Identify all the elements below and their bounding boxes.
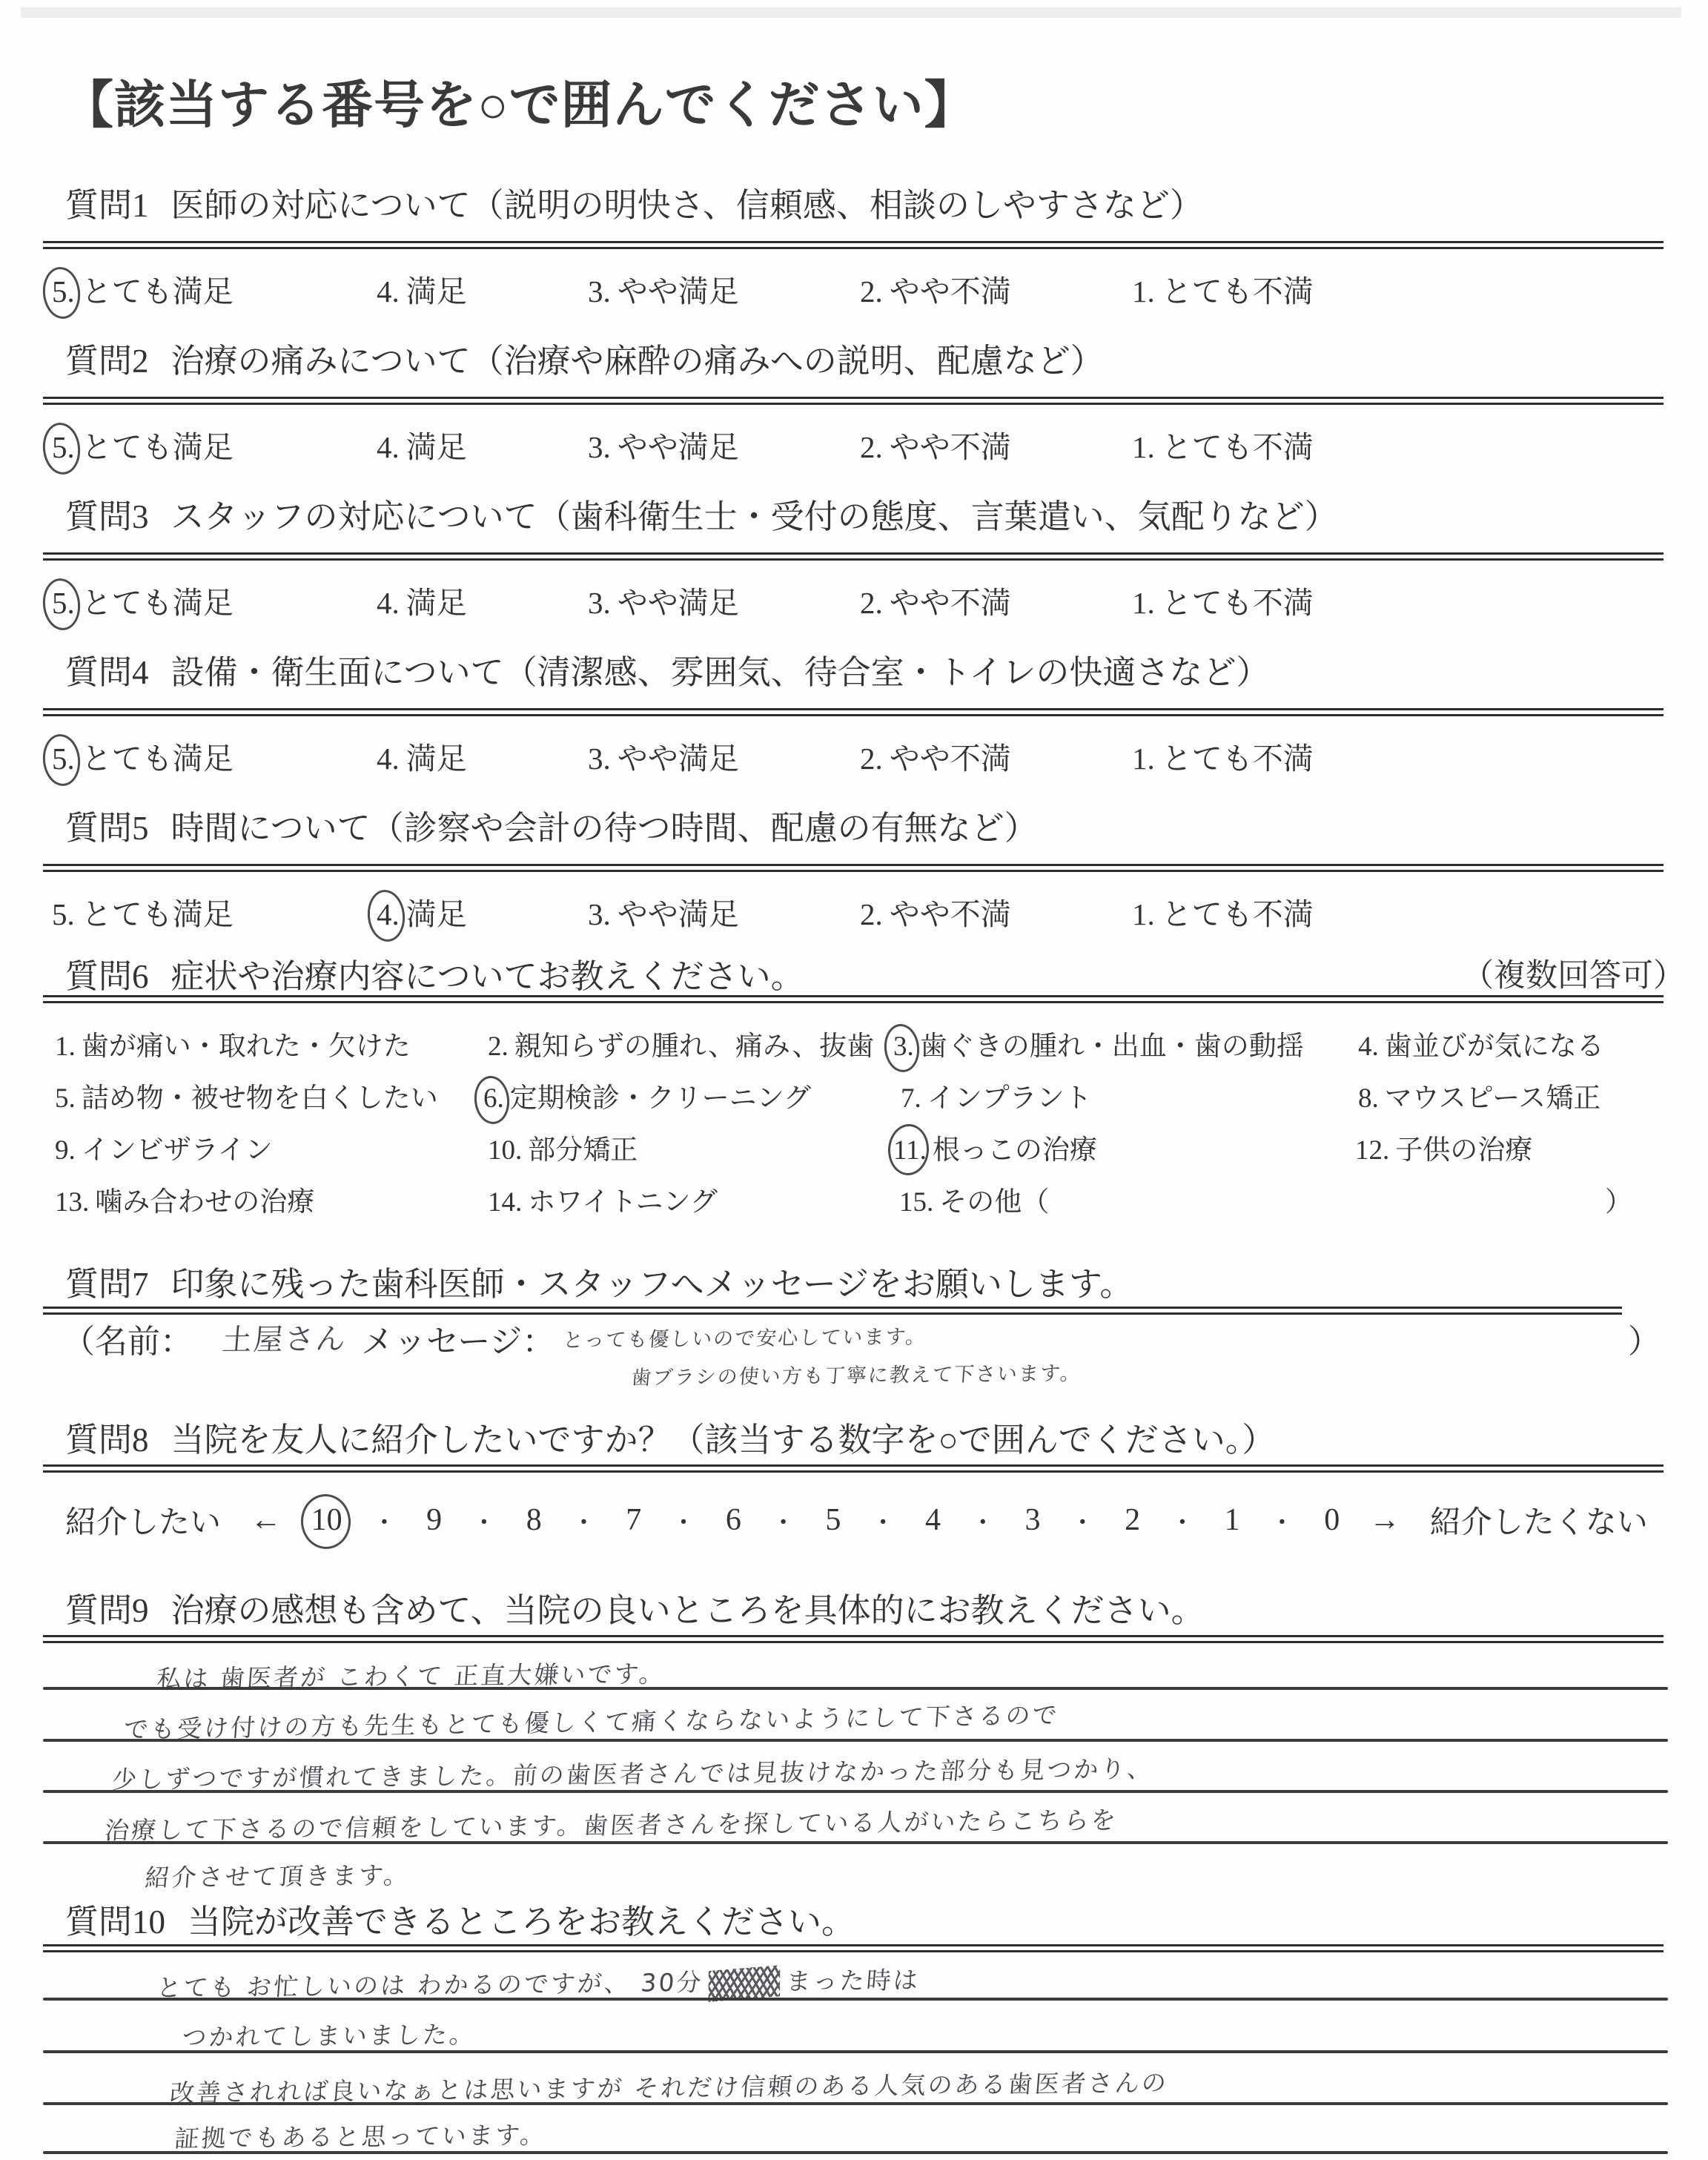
option-5: 5.とても満足 (52, 890, 234, 934)
option-1: 1.とても不満 (1132, 267, 1314, 311)
option-number: 1. (1132, 274, 1155, 309)
dot-separator: ・ (970, 1502, 996, 1539)
option-text: 満足 (406, 274, 467, 308)
close-paren: ） (1628, 1315, 1661, 1362)
right-arrow-icon: → (1369, 1502, 1400, 1538)
option-number: 1. (1132, 429, 1155, 465)
option-2: 2.やや不満 (860, 734, 1011, 778)
handwritten-answer-line: でも受け付けの方も先生もとても優しくて痛くならないようにして下さるので (123, 1696, 1061, 1745)
option-number: 3. (588, 429, 611, 465)
question-5-title: 質問5時間について（診察や会計の待つ時間、配慮の有無など） (65, 801, 1038, 849)
question-1-title: 質問1医師の対応について（説明の明快さ、信頼感、相談のしやすさなど） (65, 178, 1203, 226)
section-divider (43, 1635, 1664, 1643)
section-divider (43, 241, 1664, 249)
question-4-options: 5.とても満足 4.満足 3.やや満足 2.やや不満 1.とても不満 (0, 734, 1708, 779)
option-number: 1. (55, 1031, 76, 1063)
section-divider (43, 864, 1664, 872)
question-2-title: 質問2治療の痛みについて（治療や麻酔の痛みへの説明、配慮など） (65, 334, 1104, 382)
scan-artifact-strip (21, 7, 1681, 18)
writing-line (43, 2050, 1668, 2053)
scale-number-8: 8 (526, 1502, 542, 1538)
name-field-label: （名前： (62, 1315, 193, 1362)
option-4: 4.満足 (377, 578, 467, 622)
option-text: やや不満 (890, 274, 1011, 308)
q6-option-11: 11.根っこの治療 (893, 1127, 1097, 1167)
scale-number-3: 3 (1025, 1502, 1041, 1538)
q6-option-12: 12.子供の治療 (1355, 1127, 1532, 1167)
option-number: 4. (377, 741, 400, 776)
circled-answer-mark: 5. (52, 429, 75, 465)
option-text: やや満足 (618, 586, 739, 620)
writing-line (43, 2151, 1668, 2154)
dot-separator: ・ (1170, 1502, 1195, 1539)
question-label: 質問6 (65, 958, 149, 995)
question-label: 質問4 (65, 654, 149, 691)
option-2: 2.やや不満 (860, 890, 1011, 934)
dot-separator: ・ (1269, 1502, 1294, 1539)
answer-text: まった時は (785, 1966, 921, 1996)
writing-line (43, 2102, 1668, 2105)
scale-right-label: 紹介したくない (1430, 1498, 1648, 1542)
dot-separator: ・ (1070, 1502, 1095, 1539)
dot-separator: ・ (771, 1502, 796, 1539)
question-label: 質問1 (65, 187, 149, 224)
option-1: 1.とても不満 (1132, 423, 1314, 466)
option-text: 満足 (406, 897, 467, 931)
option-number: 2. (860, 585, 883, 621)
option-number: 1. (1132, 585, 1155, 621)
option-number: 4. (377, 429, 400, 465)
question-text: 印象に残った歯科医師・スタッフへメッセージをお願いします。 (171, 1266, 1133, 1303)
question-8-title: 質問8当院を友人に紹介したいですか？（該当する数字を○で囲んでください。） (65, 1413, 1275, 1461)
circled-answer-mark: 5. (52, 274, 75, 309)
option-4: 4.満足 (377, 267, 467, 311)
q6-option-9: 9.インビザライン (55, 1127, 273, 1167)
option-text: 部分矯正 (528, 1135, 638, 1166)
option-number: 3. (588, 274, 611, 309)
option-number: 10. (488, 1135, 522, 1166)
question-1-options: 5.とても満足 4.満足 3.やや満足 2.やや不満 1.とても不満 (0, 267, 1708, 311)
option-3: 3.やや満足 (588, 890, 739, 934)
option-5: 5.とても満足 (52, 267, 234, 311)
option-text: マウスピース矯正 (1385, 1083, 1601, 1114)
circled-answer-mark: 5. (52, 585, 75, 621)
circled-answer-mark: 10 (311, 1502, 342, 1538)
option-number: 13. (55, 1186, 89, 1218)
handwritten-answer-line: 証拠でもあると思っています。 (173, 2116, 548, 2154)
question-10-title: 質問10当院が改善できるところをお教えください。 (65, 1895, 855, 1943)
question-text: 当院を友人に紹介したいですか？（該当する数字を○で囲んでください。） (171, 1421, 1276, 1459)
option-5: 5.とても満足 (52, 734, 234, 778)
option-text: インプラント (927, 1083, 1092, 1114)
option-2: 2.やや不満 (860, 423, 1011, 466)
question-label: 質問5 (65, 810, 149, 847)
option-number: 5. (52, 896, 75, 932)
question-text: 時間について（診察や会計の待つ時間、配慮の有無など） (171, 810, 1038, 847)
question-label: 質問7 (65, 1266, 149, 1303)
handwritten-answer-line: つかれてしまいました。 (181, 2015, 477, 2053)
option-number: 14. (488, 1186, 522, 1218)
scale-number-4: 4 (925, 1502, 941, 1538)
q6-option-6: 6.定期検診・クリーニング (483, 1075, 811, 1115)
option-text: とても満足 (82, 274, 234, 308)
message-field-label: メッセージ： (361, 1315, 555, 1362)
option-number: 2. (860, 896, 883, 932)
question-5-options: 5.とても満足 4.満足 3.やや満足 2.やや不満 1.とても不満 (0, 890, 1708, 934)
nps-scale-row: 紹介したい ← 10 ・ 9 ・ 8 ・ 7 ・ 6 ・ 5 ・ 4 ・ 3 ・… (65, 1498, 1648, 1542)
option-2: 2.やや不満 (860, 578, 1011, 622)
option-number: 2. (860, 741, 883, 776)
q6-option-13: 13.噛み合わせの治療 (55, 1179, 314, 1219)
q6-options-row-4: 13.噛み合わせの治療 14.ホワイトニング 15.その他（ ） (0, 1179, 1708, 1221)
question-label: 質問9 (65, 1592, 149, 1629)
scale-number-6: 6 (726, 1502, 741, 1538)
dot-separator: ・ (870, 1502, 896, 1539)
q6-option-7: 7.インプラント (901, 1075, 1092, 1115)
question-text: 症状や治療内容についてお教えください。 (171, 958, 804, 995)
question-3-options: 5.とても満足 4.満足 3.やや満足 2.やや不満 1.とても不満 (0, 578, 1708, 623)
q6-option-4: 4.歯並びが気になる (1358, 1023, 1604, 1063)
question-text: 治療の痛みについて（治療や麻酔の痛みへの説明、配慮など） (171, 343, 1104, 380)
option-4: 4.満足 (377, 734, 467, 778)
option-4: 4.満足 (377, 423, 467, 466)
option-text: インビザライン (82, 1135, 273, 1166)
option-text: やや満足 (618, 897, 739, 931)
handwritten-message-line-2: 歯ブラシの使い方も丁寧に教えて下さいます。 (630, 1357, 1082, 1390)
writing-line (43, 1790, 1668, 1793)
left-arrow-icon: ← (251, 1502, 282, 1538)
option-text: 歯が痛い・取れた・欠けた (82, 1031, 411, 1062)
question-9-title: 質問9治療の感想も含めて、当院の良いところを具体的にお教えください。 (65, 1583, 1205, 1631)
q6-option-1: 1.歯が痛い・取れた・欠けた (55, 1023, 411, 1063)
option-text: とても満足 (82, 586, 234, 620)
option-text: 満足 (406, 430, 467, 464)
question-6-title: 質問6症状や治療内容についてお教えください。 (65, 949, 804, 997)
option-number: 3. (588, 896, 611, 932)
option-text: やや不満 (890, 897, 1011, 931)
option-text: とても不満 (1162, 274, 1314, 308)
scale-number-1: 1 (1225, 1502, 1240, 1538)
option-text: 歯並びが気になる (1385, 1031, 1604, 1062)
option-text: 噛み合わせの治療 (95, 1187, 314, 1218)
option-text: とても不満 (1162, 742, 1314, 776)
question-label: 質問3 (65, 498, 149, 535)
option-text: 満足 (406, 586, 467, 620)
question-text: 当院が改善できるところをお教えください。 (188, 1903, 855, 1941)
option-text: とても不満 (1162, 586, 1314, 620)
q6-option-8: 8.マウスピース矯正 (1358, 1075, 1601, 1115)
option-text: その他（ (939, 1187, 1049, 1218)
scale-number-7: 7 (626, 1502, 641, 1538)
question-3-title: 質問3スタッフの対応について（歯科衛生士・受付の態度、言葉遣い、気配りなど） (65, 489, 1338, 538)
scale-number-9: 9 (426, 1502, 442, 1538)
q6-option-10: 10.部分矯正 (488, 1127, 638, 1167)
q6-option-15: 15.その他（ (899, 1179, 1049, 1219)
question-2-options: 5.とても満足 4.満足 3.やや満足 2.やや不満 1.とても不満 (0, 423, 1708, 467)
option-text: 親知らずの腫れ、痛み、抜歯 (514, 1031, 874, 1062)
question-text: 治療の感想も含めて、当院の良いところを具体的にお教えください。 (171, 1592, 1205, 1629)
option-text: やや満足 (618, 430, 739, 464)
option-number: 4. (377, 585, 400, 621)
writing-line (43, 1687, 1668, 1690)
question-label: 質問8 (65, 1421, 149, 1459)
section-divider (43, 552, 1664, 561)
option-number: 1. (1132, 896, 1155, 932)
option-5: 5.とても満足 (52, 578, 234, 622)
question-7-title: 質問7印象に残った歯科医師・スタッフへメッセージをお願いします。 (65, 1257, 1133, 1305)
option-text: 子供の治療 (1395, 1135, 1532, 1166)
option-1: 1.とても不満 (1132, 890, 1314, 934)
dot-separator: ・ (571, 1502, 596, 1539)
form-instruction-title: 【該当する番号を○で囲んでください】 (62, 64, 976, 137)
option-number: 8. (1358, 1083, 1379, 1114)
q6-option-2: 2.親知らずの腫れ、痛み、抜歯 (488, 1023, 874, 1063)
question-label: 質問2 (65, 343, 149, 380)
scale-left-label: 紹介したい (65, 1498, 221, 1542)
handwritten-message-line-1: とっても優しいので安心しています。 (562, 1320, 928, 1353)
circled-answer-mark: 3. (893, 1031, 914, 1063)
question-text: スタッフの対応について（歯科衛生士・受付の態度、言葉遣い、気配りなど） (171, 498, 1338, 535)
handwritten-answer-line: 治療して下さるので信頼をしています。歯医者さんを探している人がいたらこちらを (104, 1801, 1119, 1846)
question-text: 設備・衛生面について（清潔感、雰囲気、待合室・トイレの快適さなど） (171, 654, 1270, 691)
q6-options-row-2: 5.詰め物・被せ物を白くしたい 6.定期検診・クリーニング 7.インプラント 8… (0, 1075, 1708, 1117)
section-divider (43, 1944, 1664, 1952)
option-text: やや満足 (618, 742, 739, 776)
option-number: 12. (1355, 1135, 1389, 1166)
section-divider (43, 1464, 1664, 1473)
option-4: 4.満足 (377, 890, 467, 934)
scanned-survey-form: 【該当する番号を○で囲んでください】 質問1医師の対応について（説明の明快さ、信… (0, 0, 1708, 2160)
q6-option-5: 5.詰め物・被せ物を白くしたい (55, 1075, 438, 1115)
question-text: 医師の対応について（説明の明快さ、信頼感、相談のしやすさなど） (171, 187, 1203, 224)
option-text: やや満足 (618, 274, 739, 308)
handwritten-name: 土屋さん (221, 1315, 349, 1359)
question-4-title: 質問4設備・衛生面について（清潔感、雰囲気、待合室・トイレの快適さなど） (65, 645, 1269, 693)
scale-number-5: 5 (825, 1502, 841, 1538)
circled-answer-mark: 5. (52, 741, 75, 776)
option-3: 3.やや満足 (588, 578, 739, 622)
option-2: 2.やや不満 (860, 267, 1011, 311)
option-text: 満足 (406, 742, 467, 776)
circled-answer-mark: 6. (483, 1083, 504, 1114)
option-number: 9. (55, 1135, 76, 1166)
option-text: 定期検診・クリーニング (510, 1083, 811, 1114)
option-text: やや不満 (890, 742, 1011, 776)
option-text: とても不満 (1162, 430, 1314, 464)
option-number: 1. (1132, 741, 1155, 776)
section-divider (43, 1307, 1622, 1315)
option-number: 15. (899, 1186, 933, 1218)
question-label: 質問10 (65, 1903, 165, 1941)
option-number: 2. (488, 1031, 509, 1063)
handwritten-answer-line: 紹介させて頂きます。 (144, 1856, 411, 1894)
option-text: とても不満 (1162, 897, 1314, 931)
option-text: 詰め物・被せ物を白くしたい (82, 1083, 438, 1114)
option-text: 歯ぐきの腫れ・出血・歯の動揺 (920, 1031, 1304, 1062)
dot-separator: ・ (371, 1502, 397, 1539)
option-number: 2. (860, 429, 883, 465)
option-number: 3. (588, 585, 611, 621)
option-number: 3. (588, 741, 611, 776)
option-text: やや不満 (890, 586, 1011, 620)
dot-separator: ・ (671, 1502, 696, 1539)
circled-answer-mark: 4. (377, 896, 400, 932)
section-divider (43, 397, 1664, 405)
q6-options-row-1: 1.歯が痛い・取れた・欠けた 2.親知らずの腫れ、痛み、抜歯 3.歯ぐきの腫れ・… (0, 1023, 1708, 1065)
scribbled-out-text (709, 1965, 781, 2002)
circled-answer-mark: 11. (893, 1135, 927, 1166)
option-number: 7. (901, 1083, 921, 1114)
writing-line (43, 1739, 1668, 1742)
section-divider (43, 995, 1664, 1003)
option-number: 4. (1358, 1031, 1379, 1063)
option-number: 2. (860, 274, 883, 309)
multiple-answers-note: （複数回答可） (1462, 951, 1685, 996)
option-text: 根っこの治療 (933, 1135, 1097, 1166)
q6-options-row-3: 9.インビザライン 10.部分矯正 11.根っこの治療 12.子供の治療 (0, 1127, 1708, 1169)
writing-line (43, 1841, 1668, 1844)
handwritten-answer-line: 少しずつですが慣れてきました。前の歯医者さんでは見抜けなかった部分も見つかり、 (111, 1750, 1156, 1796)
writing-line (43, 1998, 1668, 2001)
option-5: 5.とても満足 (52, 423, 234, 466)
option-text: とても満足 (82, 742, 234, 776)
dot-separator: ・ (471, 1502, 497, 1539)
option-1: 1.とても不満 (1132, 734, 1314, 778)
scale-number-0: 0 (1324, 1502, 1340, 1538)
option-number: 4. (377, 274, 400, 309)
option-text: やや不満 (890, 430, 1011, 464)
q6-option-15-close-paren: ） (1605, 1179, 1632, 1219)
option-1: 1.とても不満 (1132, 578, 1314, 622)
section-divider (43, 708, 1664, 716)
option-3: 3.やや満足 (588, 423, 739, 466)
option-3: 3.やや満足 (588, 267, 739, 311)
option-number: 5. (55, 1083, 76, 1114)
q6-option-14: 14.ホワイトニング (488, 1179, 718, 1219)
scale-number-2: 2 (1125, 1502, 1140, 1538)
option-text: ホワイトニング (528, 1187, 718, 1218)
option-text: とても満足 (82, 430, 234, 464)
q6-option-3: 3.歯ぐきの腫れ・出血・歯の動揺 (893, 1023, 1304, 1063)
option-text: とても満足 (82, 897, 234, 931)
option-3: 3.やや満足 (588, 734, 739, 778)
